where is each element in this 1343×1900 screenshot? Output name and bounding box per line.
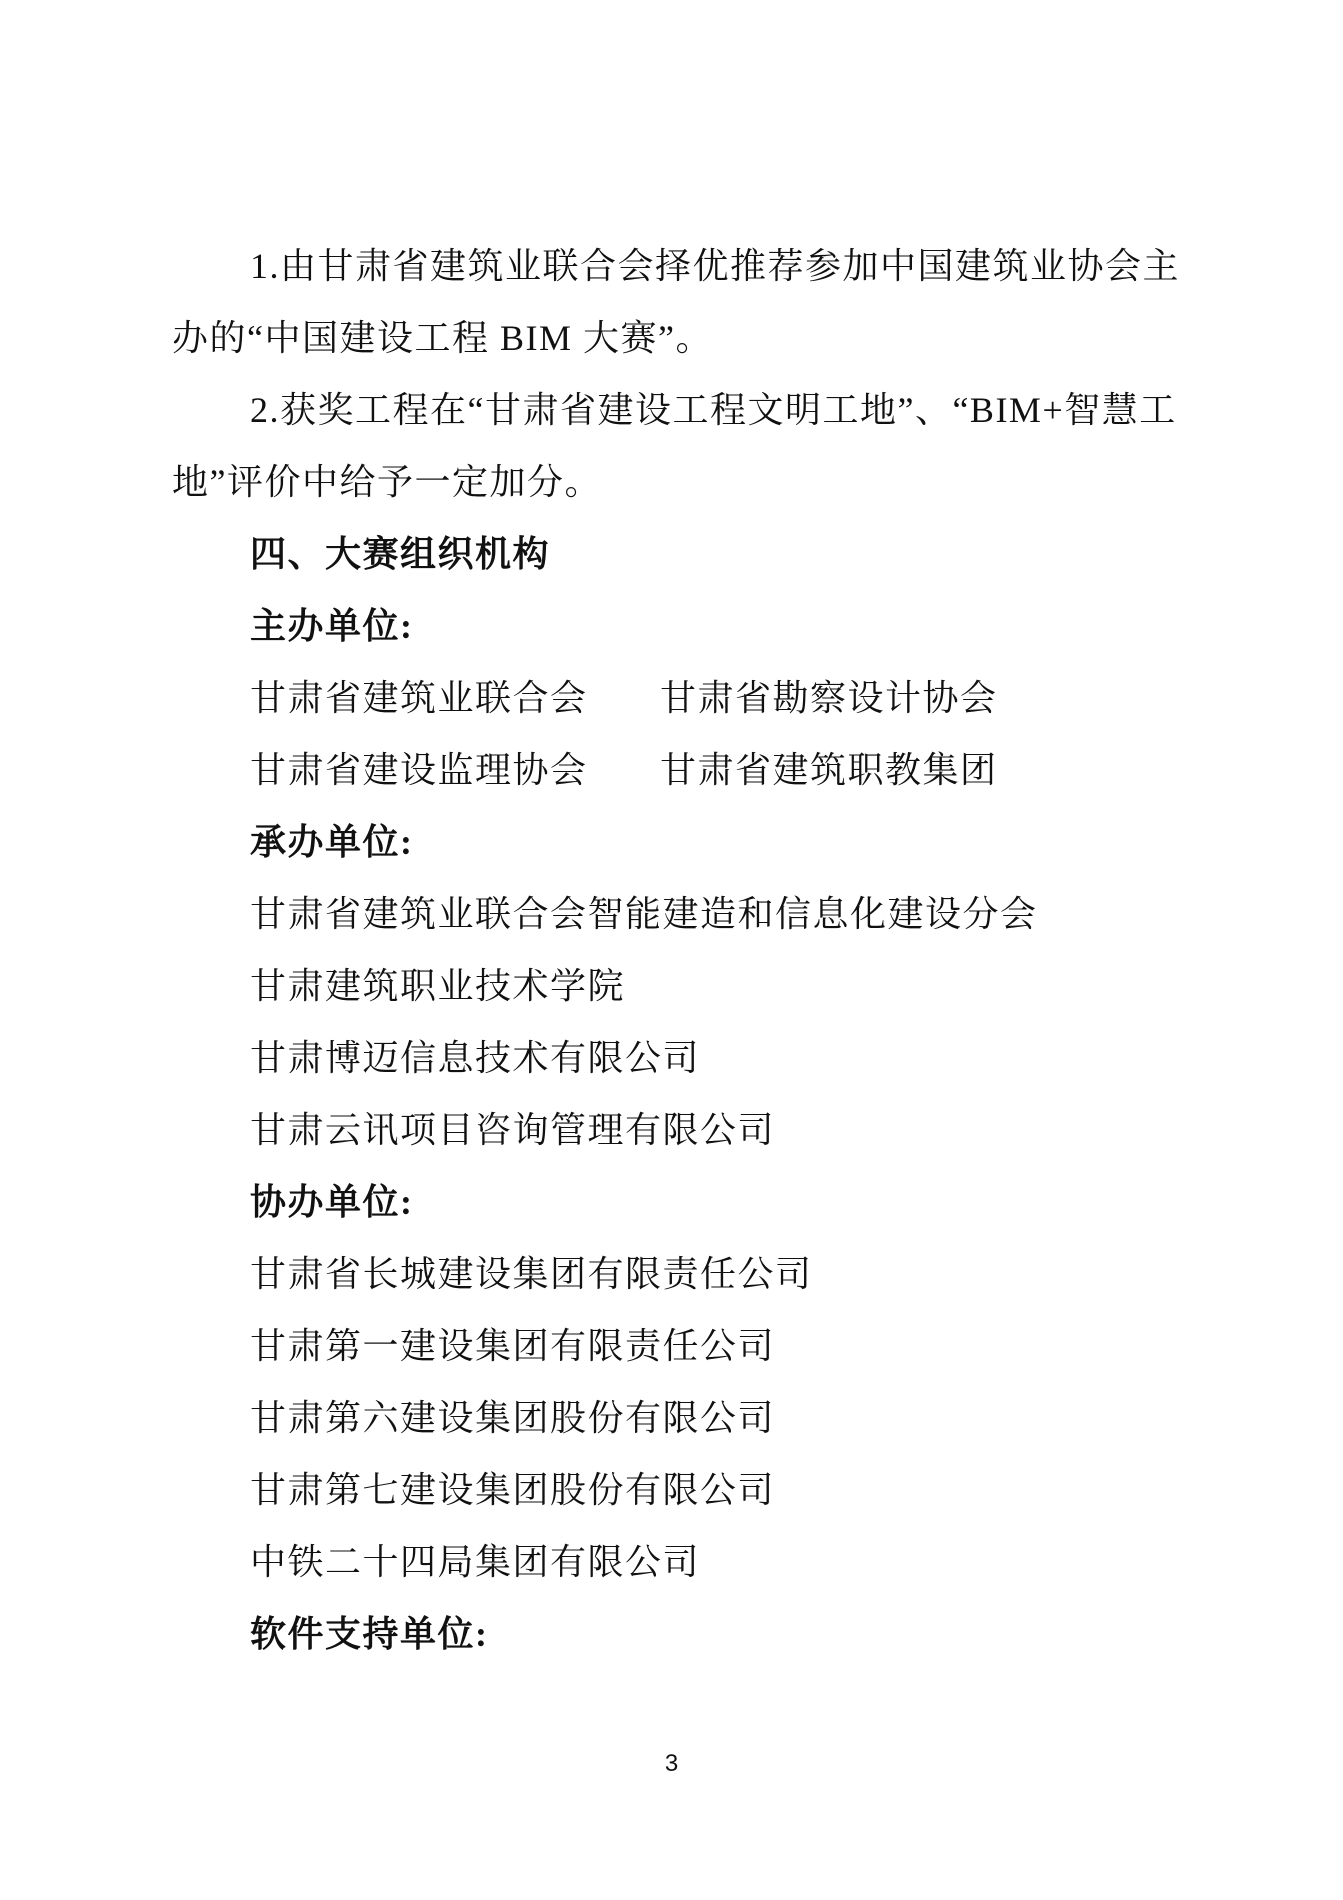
host-units-row-1: 甘肃省建筑业联合会甘肃省勘察设计协会 (172, 662, 1188, 734)
organizer-units-heading: 承办单位: (172, 806, 1188, 878)
co-organizer-unit: 甘肃第一建设集团有限责任公司 (172, 1310, 1188, 1382)
co-organizer-unit: 甘肃省长城建设集团有限责任公司 (172, 1238, 1188, 1310)
document-body: 1.由甘肃省建筑业联合会择优推荐参加中国建筑业协会主办的“中国建设工程 BIM … (172, 230, 1188, 1670)
paragraph-2-line-2: 地”评价中给予一定加分。 (172, 446, 1188, 518)
organizer-unit: 甘肃云讯项目咨询管理有限公司 (172, 1094, 1188, 1166)
page-number: 3 (0, 1744, 1343, 1784)
co-organizer-unit: 甘肃第六建设集团股份有限公司 (172, 1382, 1188, 1454)
host-units-heading: 主办单位: (172, 590, 1188, 662)
unit-name: 甘肃省勘察设计协会 (660, 678, 998, 718)
unit-name: 甘肃省建设监理协会 (250, 734, 660, 806)
organizer-unit: 甘肃博迈信息技术有限公司 (172, 1022, 1188, 1094)
document-page: 1.由甘肃省建筑业联合会择优推荐参加中国建筑业协会主办的“中国建设工程 BIM … (0, 0, 1343, 1900)
section-heading-4: 四、大赛组织机构 (172, 518, 1188, 590)
paragraph-1-line-2: 办的“中国建设工程 BIM 大赛”。 (172, 302, 1188, 374)
unit-name: 甘肃省建筑业联合会 (250, 662, 660, 734)
software-support-units-heading: 软件支持单位: (172, 1598, 1188, 1670)
organizer-unit: 甘肃省建筑业联合会智能建造和信息化建设分会 (172, 878, 1188, 950)
paragraph-1-line-1: 1.由甘肃省建筑业联合会择优推荐参加中国建筑业协会主 (172, 230, 1188, 302)
co-organizer-unit: 中铁二十四局集团有限公司 (172, 1526, 1188, 1598)
co-organizer-units-heading: 协办单位: (172, 1166, 1188, 1238)
paragraph-2-line-1: 2.获奖工程在“甘肃省建设工程文明工地”、“BIM+智慧工 (172, 374, 1188, 446)
host-units-row-2: 甘肃省建设监理协会甘肃省建筑职教集团 (172, 734, 1188, 806)
co-organizer-unit: 甘肃第七建设集团股份有限公司 (172, 1454, 1188, 1526)
unit-name: 甘肃省建筑职教集团 (660, 750, 998, 790)
organizer-unit: 甘肃建筑职业技术学院 (172, 950, 1188, 1022)
